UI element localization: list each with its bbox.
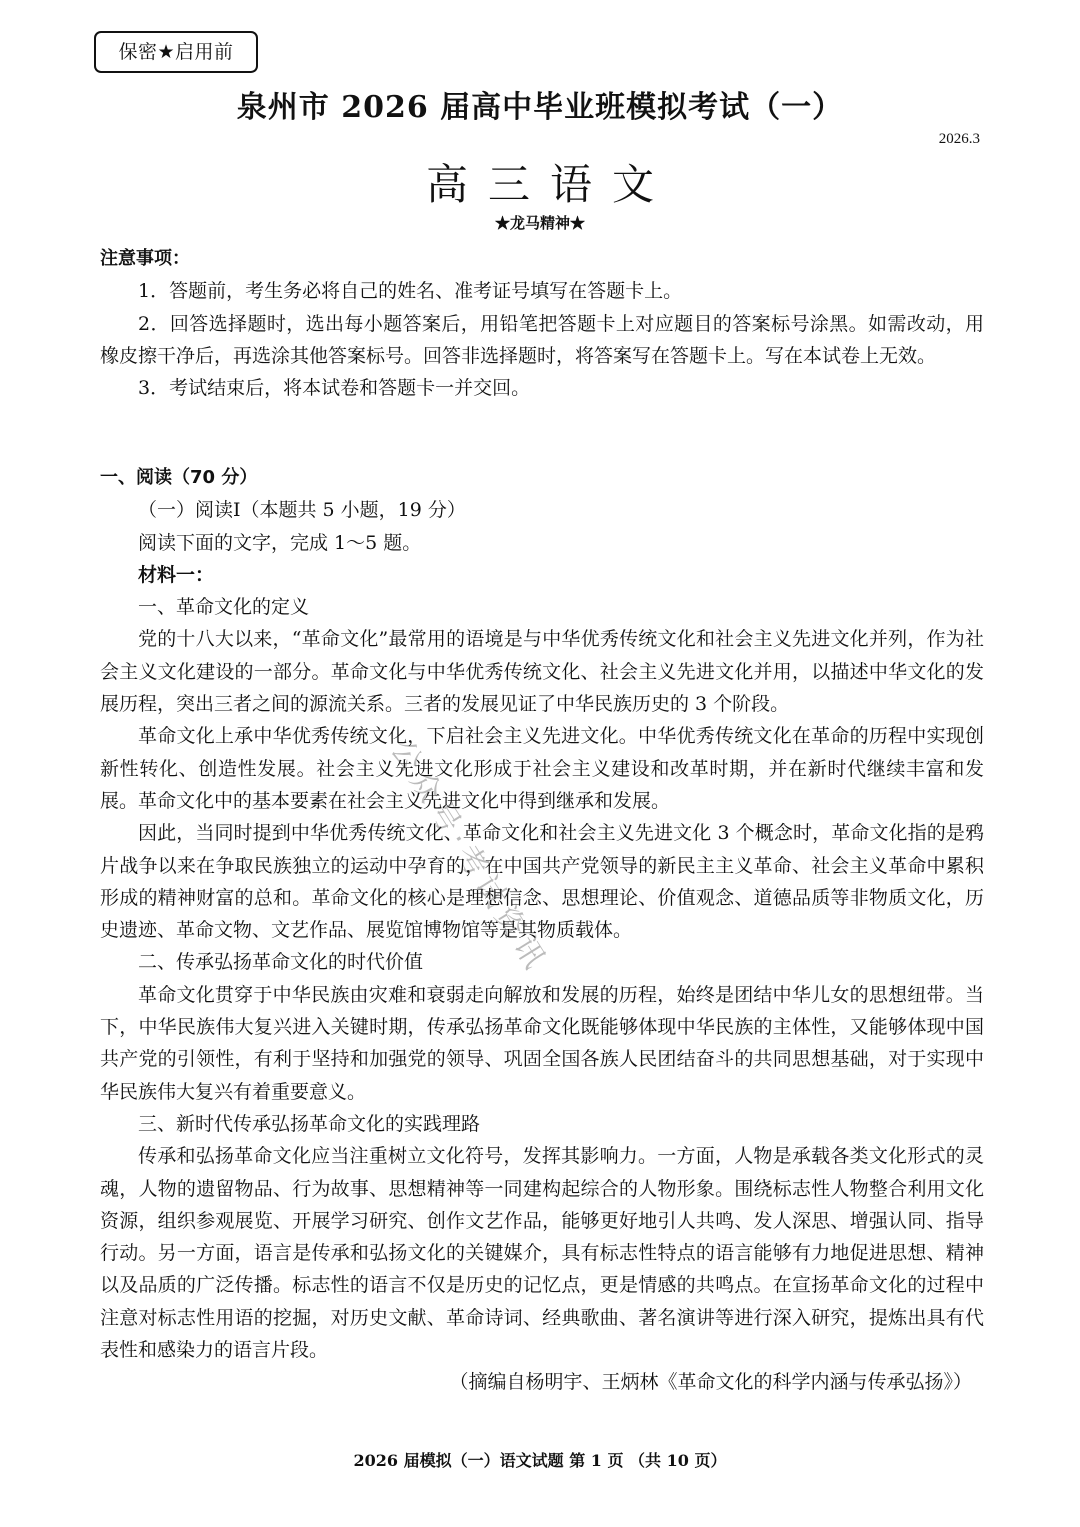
notice-item-1: 1．答题前，考生务必将自己的姓名、准考证号填写在答题卡上。 <box>100 275 984 307</box>
paragraph: 传承和弘扬革命文化应当注重树立文化符号，发挥其影响力。一方面，人物是承载各类文化… <box>100 1140 984 1366</box>
paragraph: 革命文化贯穿于中华民族由灾难和衰弱走向解放和发展的历程，始终是团结中华儿女的思想… <box>100 979 984 1108</box>
motto: ★龙马精神★ <box>0 212 1080 233</box>
subject-title: 高三语文 <box>0 152 1080 212</box>
notice-block: 注意事项： 1．答题前，考生务必将自己的姓名、准考证号填写在答题卡上。 2．回答… <box>100 243 984 404</box>
part-title-3: 三、新时代传承弘扬革命文化的实践理路 <box>100 1108 984 1140</box>
paragraph: 党的十八大以来，“革命文化”最常用的语境是与中华优秀传统文化和社会主义先进文化并… <box>100 623 984 720</box>
source-citation: （摘编自杨明宇、王炳林《革命文化的科学内涵与传承弘扬》） <box>100 1366 984 1398</box>
notice-heading: 注意事项： <box>100 243 984 275</box>
confidential-label: 保密★启用前 <box>94 31 258 73</box>
subsection-heading: （一）阅读Ⅰ（本题共 5 小题，19 分） <box>100 494 984 526</box>
exam-date: 2026.3 <box>939 131 980 148</box>
paragraph: 革命文化上承中华优秀传统文化，下启社会主义先进文化。中华优秀传统文化在革命的历程… <box>100 720 984 817</box>
reading-section: 一、阅读（70 分） （一）阅读Ⅰ（本题共 5 小题，19 分） 阅读下面的文字… <box>100 462 984 1399</box>
paragraph: 因此，当同时提到中华优秀传统文化、革命文化和社会主义先进文化 3 个概念时，革命… <box>100 817 984 946</box>
material-label: 材料一： <box>100 559 984 591</box>
part-title-1: 一、革命文化的定义 <box>100 591 984 623</box>
notice-item-3: 3．考试结束后，将本试卷和答题卡一并交回。 <box>100 372 984 404</box>
part-title-2: 二、传承弘扬革命文化的时代价值 <box>100 946 984 978</box>
page-footer: 2026 届模拟（一）语文试题 第 1 页 （共 10 页） <box>0 1448 1080 1471</box>
exam-page: 保密★启用前 泉州市 2026 届高中毕业班模拟考试（一） 2026.3 高三语… <box>0 0 1080 1527</box>
exam-title: 泉州市 2026 届高中毕业班模拟考试（一） <box>0 82 1080 126</box>
notice-item-2: 2．回答选择题时，选出每小题答案后，用铅笔把答题卡上对应题目的答案标号涂黑。如需… <box>100 308 984 373</box>
section-heading: 一、阅读（70 分） <box>100 462 984 494</box>
instruction: 阅读下面的文字，完成 1～5 题。 <box>100 527 984 559</box>
